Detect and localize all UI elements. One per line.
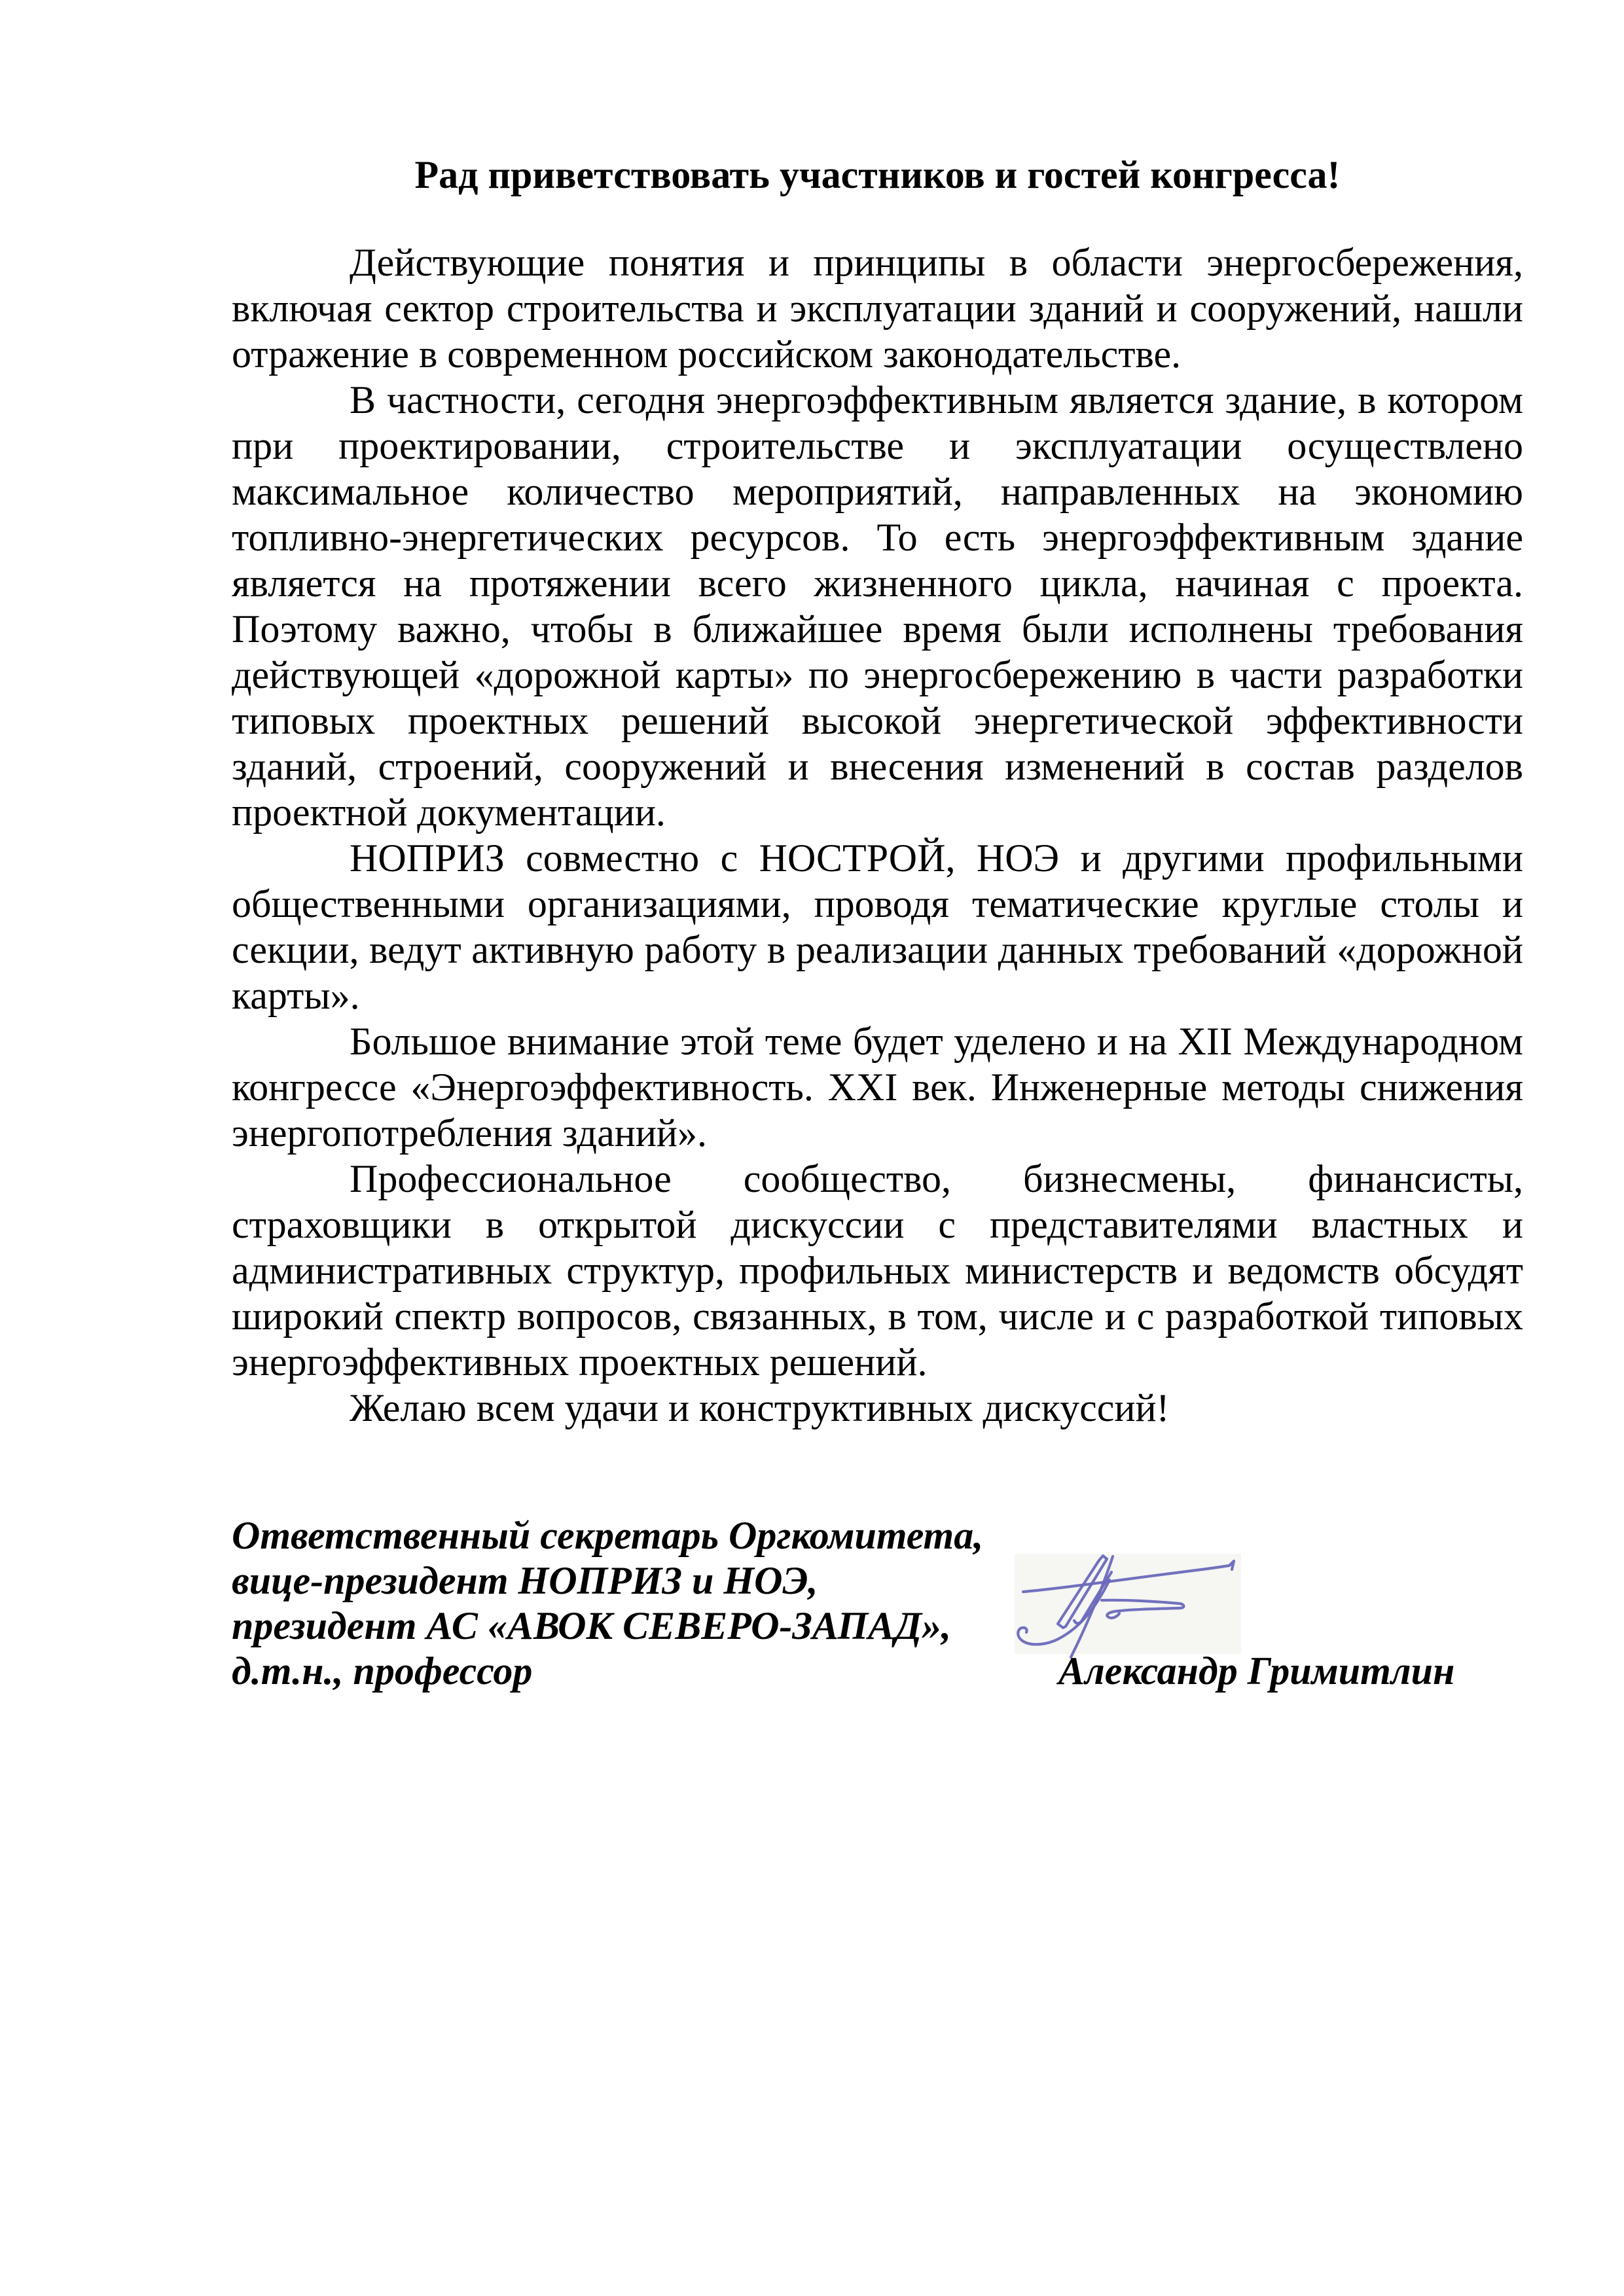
signer-role-line: президент АС «АВОК СЕВЕРО-ЗАПАД», <box>232 1604 1523 1649</box>
letter-paragraph: Профессиональное сообщество, бизнесмены,… <box>232 1156 1523 1385</box>
letter-body: Действующие понятия и принципы в области… <box>232 240 1523 1431</box>
letter-paragraph: Действующие понятия и принципы в области… <box>232 240 1523 377</box>
letter-paragraph: Большое внимание этой теме будет уделено… <box>232 1018 1523 1156</box>
signer-role-line: вице-президент НОПРИЗ и НОЭ, <box>232 1558 1523 1604</box>
signer-role-line: Ответственный секретарь Оргкомитета, <box>232 1513 1523 1558</box>
letter-paragraph: В частности, сегодня энергоэффективным я… <box>232 377 1523 835</box>
signature-block: Ответственный секретарь Оргкомитета,вице… <box>232 1513 1523 1788</box>
letter-title: Рад приветствовать участников и гостей к… <box>232 152 1523 198</box>
letter-paragraph: НОПРИЗ совместно с НОСТРОЙ, НОЭ и другим… <box>232 835 1523 1018</box>
signer-name: Александр Гримитлин <box>1058 1649 1454 1694</box>
letter-page: Рад приветствовать участников и гостей к… <box>0 0 1624 2296</box>
letter-paragraph: Желаю всем удачи и конструктивных дискус… <box>232 1385 1523 1431</box>
